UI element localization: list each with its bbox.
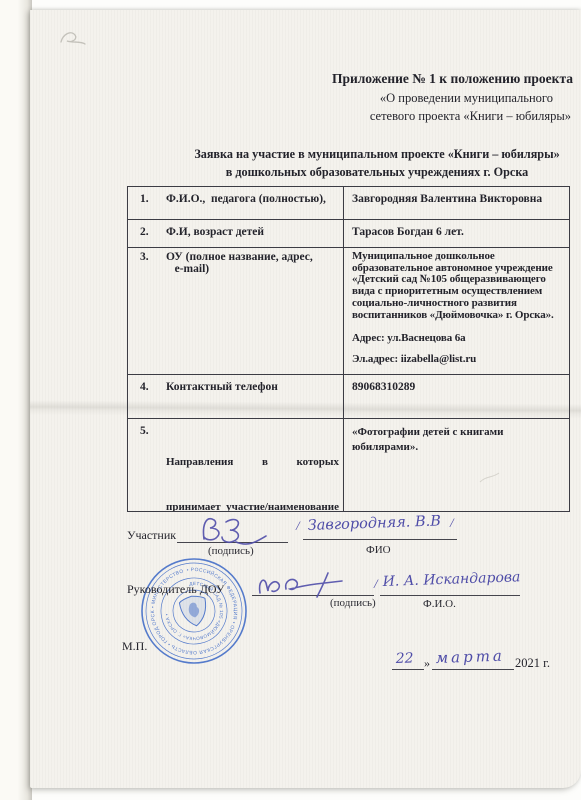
- row-label: Ф.И.О., педагога (полностью),: [166, 193, 339, 219]
- ink-slash: /: [296, 518, 300, 534]
- appendix-line-1: Приложение № 1 к положению проекта: [290, 70, 573, 89]
- row-number: 4.: [140, 381, 166, 418]
- scanned-application-page: { "header": { "line1": "Приложение № 1 к…: [0, 0, 581, 800]
- row-value: «Фотографии детей с книгами юбилярами».: [344, 419, 569, 511]
- appendix-line-2: «О проведении муниципального: [290, 89, 553, 108]
- row-value: Завгородняя Валентина Викторовна: [344, 187, 569, 219]
- ink-slash: /: [374, 576, 378, 592]
- ink-slash: /: [450, 515, 454, 531]
- row-label: Контактный телефон: [166, 381, 339, 418]
- table-row: 1. Ф.И.О., педагога (полностью), Завгоро…: [128, 187, 569, 220]
- participant-label: Участник: [127, 528, 176, 543]
- head-label: Руководитель ДОУ: [127, 582, 224, 597]
- table-row: 3. ОУ (полное название, адрес, е-mail) М…: [128, 248, 569, 375]
- organization-address: Адрес: ул.Васнецова 6а: [352, 333, 565, 345]
- date-month-ink: марта: [435, 647, 505, 667]
- head-fio-caption: Ф.И.О.: [423, 598, 456, 610]
- row-value: Тарасов Богдан 6 лет.: [344, 220, 569, 247]
- table-row: 4. Контактный телефон 89068310289: [128, 375, 569, 419]
- application-table: 1. Ф.И.О., педагога (полностью), Завгоро…: [127, 186, 570, 512]
- mp-label: М.П.: [122, 639, 147, 654]
- row-number: 3.: [140, 251, 166, 374]
- pencil-scribble: [55, 26, 95, 52]
- form-title-line-1: Заявка на участие в муниципальном проект…: [172, 146, 581, 164]
- date-closing-quote: »: [424, 656, 430, 671]
- appendix-header: Приложение № 1 к положению проекта «О пр…: [290, 70, 573, 126]
- fio-caption: ФИО: [366, 544, 391, 556]
- row-label-line: Направления в которых: [166, 455, 339, 470]
- faint-pencil-mark: [478, 470, 502, 486]
- row-value: 89068310289: [344, 375, 569, 418]
- row-number: 1.: [140, 193, 166, 219]
- scan-background-left: [0, 0, 32, 800]
- date-day-ink: 22: [395, 650, 413, 667]
- round-stamp: • РОССИЙСКАЯ ФЕДЕРАЦИЯ • ОРЕНБУРГСКАЯ ОБ…: [130, 547, 257, 674]
- organization-email: Эл.адрес: iizabella@list.ru: [352, 354, 565, 366]
- table-row: 5. Направления в которых принимает участ…: [128, 419, 569, 511]
- participant-signature-ink: [192, 513, 276, 547]
- row-label: ОУ (полное название, адрес, е-mail): [166, 251, 339, 374]
- appendix-line-3: сетевого проекта «Книги – юбиляры»: [290, 107, 571, 126]
- date-year: 2021 г.: [515, 656, 550, 671]
- table-row: 2. Ф.И, возраст детей Тарасов Богдан 6 л…: [128, 220, 569, 248]
- row-number: 5.: [140, 425, 166, 511]
- organization-name: Муниципальное дошкольное образовательное…: [352, 251, 565, 321]
- row-label-line: принимает участие/наименование: [166, 500, 339, 511]
- row-label: Ф.И, возраст детей: [166, 226, 339, 247]
- row-value: Муниципальное дошкольное образовательное…: [344, 248, 569, 374]
- form-title-line-2: в дошкольных образовательных учреждениях…: [172, 164, 581, 182]
- row-number: 2.: [140, 226, 166, 247]
- form-title: Заявка на участие в муниципальном проект…: [172, 146, 581, 181]
- head-signature-ink: [250, 571, 360, 601]
